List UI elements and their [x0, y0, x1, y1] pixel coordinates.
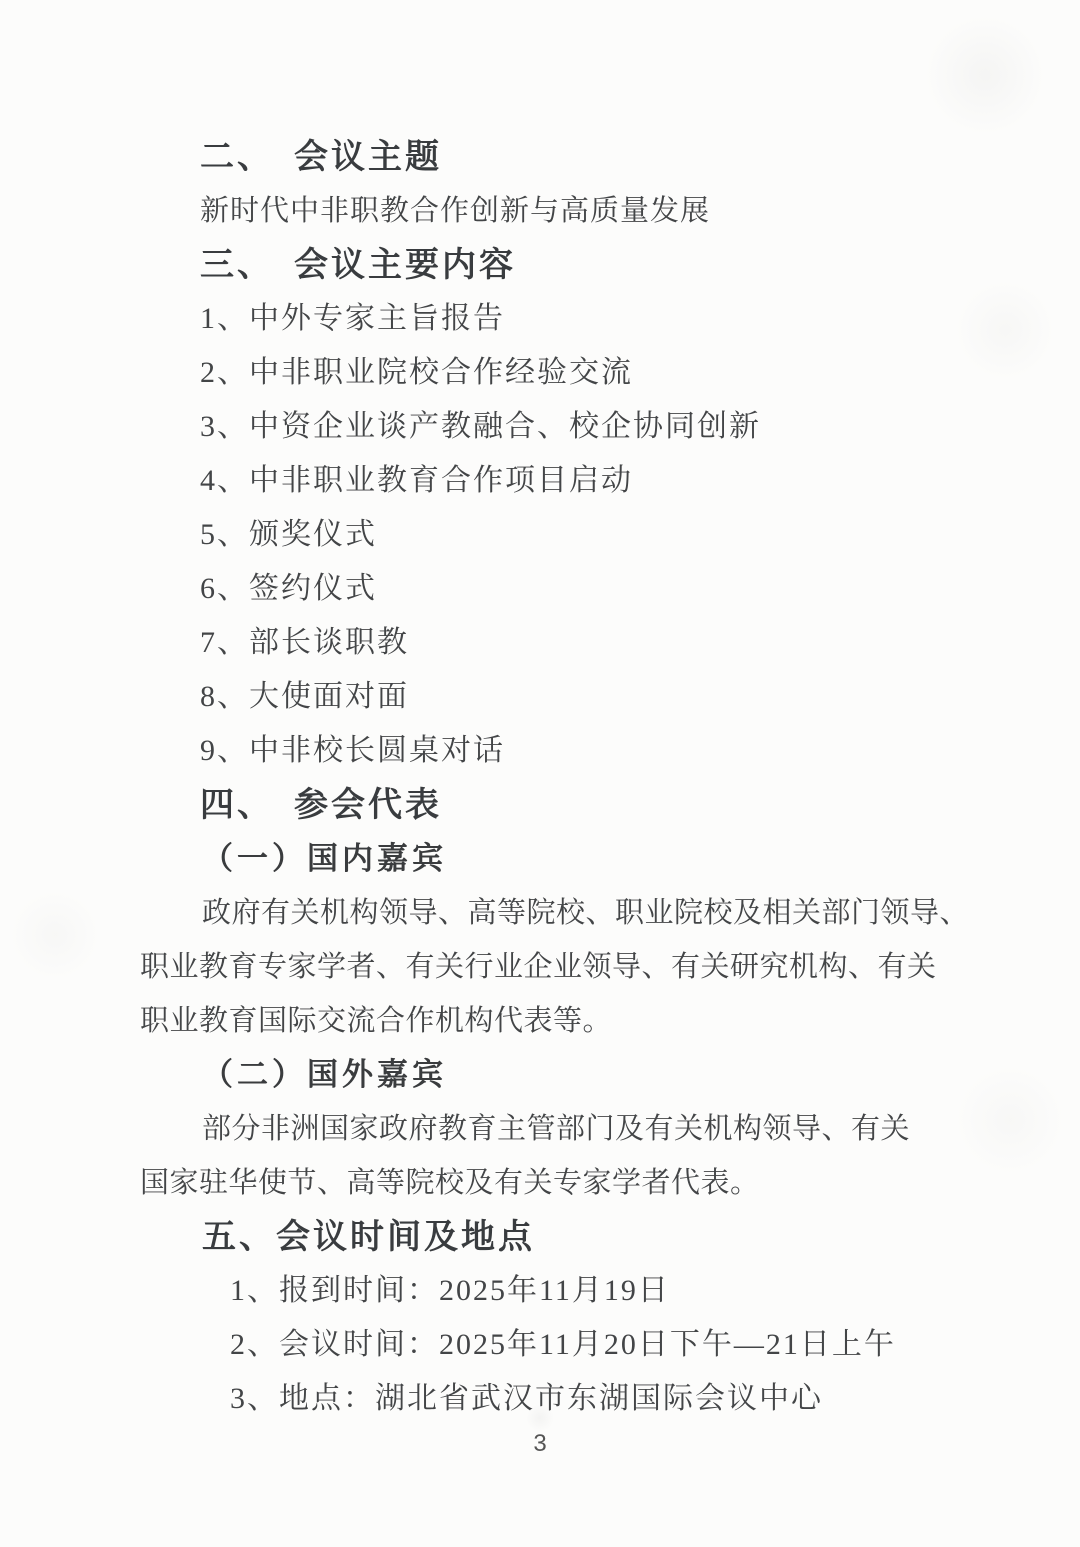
foreign-guests-subheading: （二）国外嘉宾	[0, 1048, 1080, 1102]
foreign-guests-line-1: 部分非洲国家政府教育主管部门及有关机构领导、有关	[0, 1102, 1080, 1156]
document-content: 二、 会议主题 新时代中非职教合作创新与高质量发展 三、 会议主要内容 1、中外…	[0, 130, 1080, 1462]
domestic-guests-line-3: 职业教育国际交流合作机构代表等。	[0, 994, 1080, 1048]
agenda-item-3: 3、中资企业谈产教融合、校企协同创新	[0, 400, 1080, 454]
domestic-guests-subheading: （一）国内嘉宾	[0, 832, 1080, 886]
agenda-item-8: 8、大使面对面	[0, 670, 1080, 724]
schedule-item-meeting-time: 2、会议时间：2025年11月20日下午—21日上午	[0, 1318, 1080, 1372]
section-4-heading: 四、 参会代表	[0, 778, 1080, 832]
domestic-guests-line-2: 职业教育专家学者、有关行业企业领导、有关研究机构、有关	[0, 940, 1080, 994]
section-2-heading: 二、 会议主题	[0, 130, 1080, 184]
foreign-guests-line-2: 国家驻华使节、高等院校及有关专家学者代表。	[0, 1156, 1080, 1210]
schedule-item-location: 3、地点：湖北省武汉市东湖国际会议中心	[0, 1372, 1080, 1426]
agenda-item-9: 9、中非校长圆桌对话	[0, 724, 1080, 778]
page-number: 3	[0, 1426, 1080, 1462]
agenda-item-4: 4、中非职业教育合作项目启动	[0, 454, 1080, 508]
section-5-heading: 五、会议时间及地点	[0, 1210, 1080, 1264]
schedule-item-registration: 1、报到时间：2025年11月19日	[0, 1264, 1080, 1318]
agenda-item-2: 2、中非职业院校合作经验交流	[0, 346, 1080, 400]
section-3-heading: 三、 会议主要内容	[0, 238, 1080, 292]
meeting-theme-text: 新时代中非职教合作创新与高质量发展	[0, 184, 1080, 238]
agenda-item-1: 1、中外专家主旨报告	[0, 292, 1080, 346]
domestic-guests-line-1: 政府有关机构领导、高等院校、职业院校及相关部门领导、	[0, 886, 1080, 940]
agenda-item-5: 5、颁奖仪式	[0, 508, 1080, 562]
agenda-item-6: 6、签约仪式	[0, 562, 1080, 616]
agenda-item-7: 7、部长谈职教	[0, 616, 1080, 670]
scanned-document-page: 二、 会议主题 新时代中非职教合作创新与高质量发展 三、 会议主要内容 1、中外…	[0, 0, 1080, 1547]
